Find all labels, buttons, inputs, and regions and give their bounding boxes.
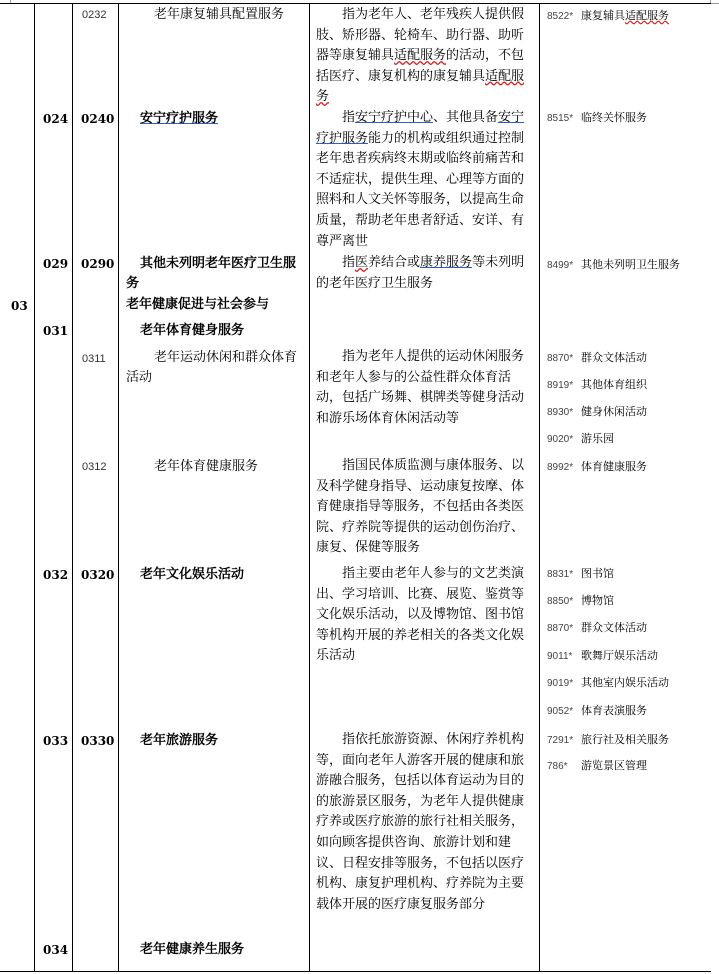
industry-ref-item: 9052*体育表演服务	[547, 703, 647, 720]
industry-ref-item: 8831*图书馆	[547, 566, 614, 583]
column-divider-3	[118, 3, 119, 972]
industry-ref-item: 8499*其他未列明卫生服务	[547, 257, 680, 274]
small-class-code: 0240	[81, 109, 114, 129]
major-class-code: 03	[11, 296, 28, 316]
page-corner-mark-right	[710, 0, 719, 4]
category-description: 指国民体质监测与康体服务、以及科学健身指导、运动康复按摩、体育健康指导等服务，不…	[316, 456, 536, 559]
column-divider-4	[309, 3, 310, 972]
mid-class-code: 034	[43, 940, 68, 960]
small-class-code: 0320	[81, 565, 114, 585]
industry-ref-item: 7291*旅行社及相关服务	[547, 732, 669, 749]
classification-table-page: 0232 老年康复辅具配置服务 指为老年人、老年残疾人提供假肢、矫形器、轮椅车、…	[0, 0, 719, 974]
category-description: 指安宁疗护中心、其他具备安宁疗护服务能力的机构或组织通过控制老年患者疾病终末期或…	[316, 108, 536, 252]
category-name: 老年康复辅具配置服务	[154, 5, 284, 25]
industry-ref-item: 8850*博物馆	[547, 593, 614, 610]
category-name: 老年文化娱乐活动	[140, 565, 244, 585]
industry-ref-item: 8992*体育健康服务	[547, 459, 647, 476]
industry-ref-item: 9011*歌舞厅娱乐活动	[547, 648, 658, 665]
category-name: 老年体育健康服务	[154, 457, 258, 477]
small-class-code: 0232	[82, 5, 106, 25]
category-name: 老年体育健身服务	[140, 321, 244, 341]
mid-class-code: 024	[43, 109, 68, 129]
small-class-code: 0330	[81, 731, 114, 751]
category-name: 老年健康促进与社会参与	[126, 295, 269, 315]
category-description: 指为老年人提供的运动休闲服务和老年人参与的公益性群众体育活动，包括广场舞、棋牌类…	[316, 347, 536, 429]
industry-ref-item: 8870*群众文体活动	[547, 620, 647, 637]
mid-class-code: 032	[43, 565, 68, 585]
category-name: 其他未列明老年医疗卫生服务	[126, 254, 306, 294]
industry-ref-item: 9020*游乐园	[547, 431, 614, 448]
small-class-code: 0290	[81, 254, 114, 274]
mid-class-code: 033	[43, 731, 68, 751]
column-divider-2	[72, 3, 73, 972]
mid-class-code: 029	[43, 254, 68, 274]
column-divider-1	[34, 3, 35, 972]
industry-ref-item: 8870*群众文体活动	[547, 350, 647, 367]
column-divider-5	[539, 3, 540, 972]
category-description: 指为老年人、老年残疾人提供假肢、矫形器、轮椅车、助行器、助听器等康复辅具适配服务…	[316, 5, 536, 108]
category-name: 安宁疗护服务	[140, 109, 218, 129]
category-description: 指依托旅游资源、休闲疗养机构等，面向老年人游客开展的健康和旅游融合服务，包括以体…	[316, 730, 536, 915]
industry-ref-item: 8515*临终关怀服务	[547, 110, 647, 127]
industry-ref-item: 786*游览景区管理	[547, 758, 647, 775]
mid-class-code: 031	[43, 321, 68, 341]
industry-ref-item: 8919*其他体育组织	[547, 377, 647, 394]
category-name: 老年旅游服务	[140, 731, 218, 751]
table-bottom-border	[0, 971, 711, 972]
category-name: 老年运动休闲和群众体育活动	[126, 348, 306, 388]
category-description: 指主要由老年人参与的文艺类演出、学习培训、比赛、展览、鉴赏等文化娱乐活动，以及博…	[316, 564, 536, 667]
small-class-code: 0311	[82, 349, 106, 369]
category-description: 指医养结合或康养服务等未列明的老年医疗卫生服务	[316, 253, 536, 294]
category-name: 老年健康养生服务	[140, 940, 244, 960]
small-class-code: 0312	[82, 457, 106, 477]
industry-ref-item: 8930*健身休闲活动	[547, 404, 647, 421]
table-top-border	[0, 3, 711, 4]
industry-ref-item: 9019*其他室内娱乐活动	[547, 675, 669, 692]
industry-ref-item: 8522*康复辅具适配服务	[547, 8, 669, 25]
